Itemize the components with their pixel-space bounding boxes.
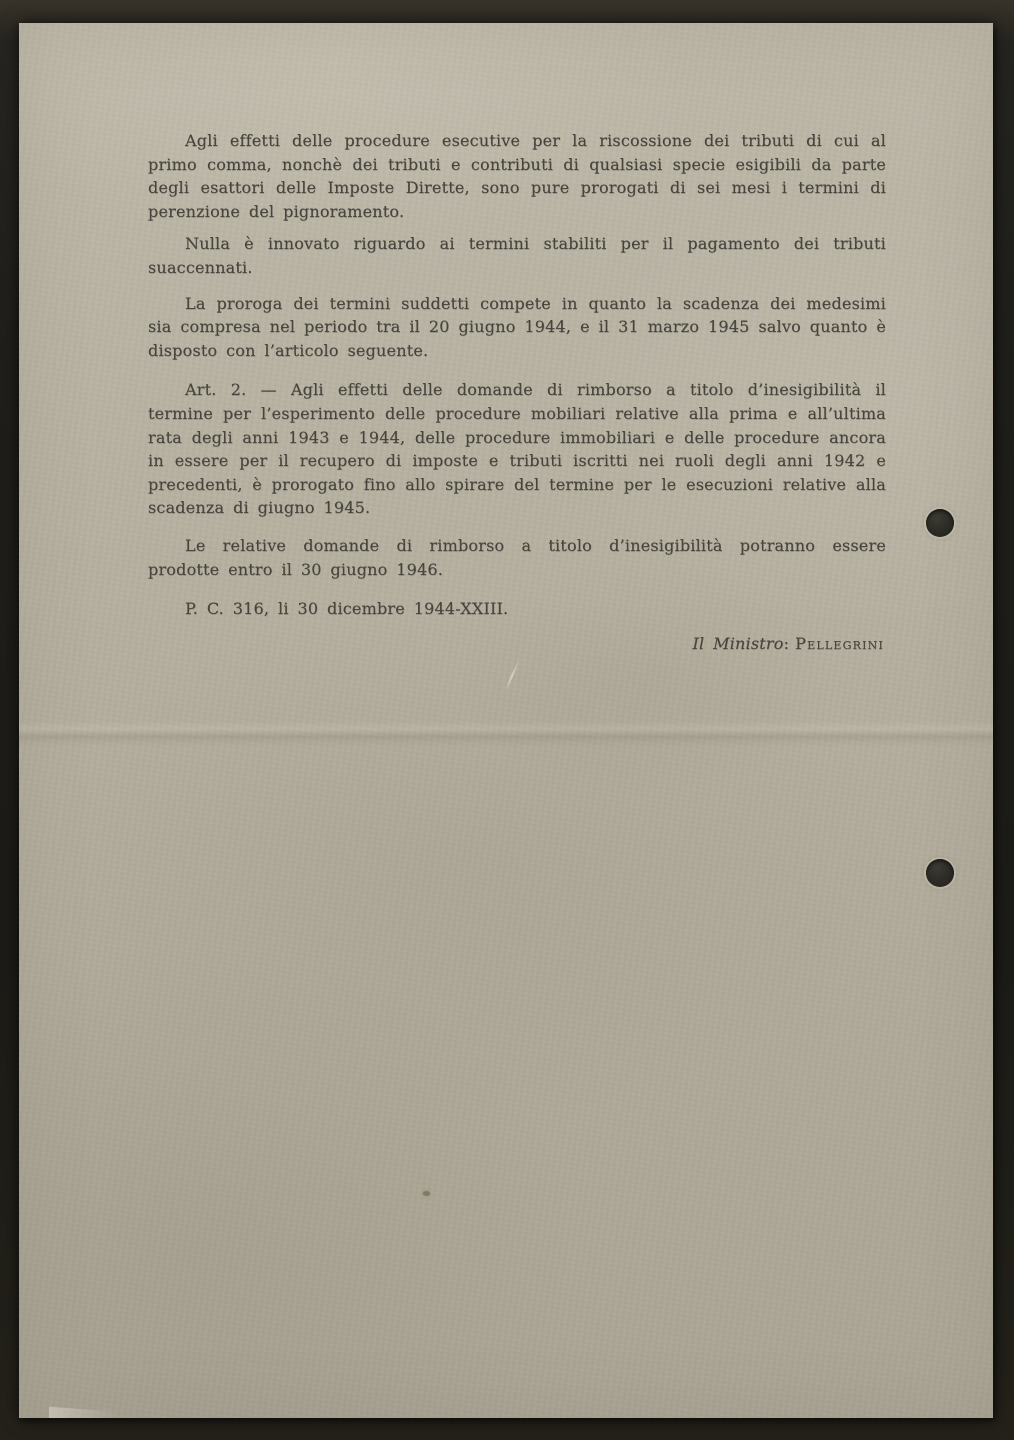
signature-line: Il Ministro:Pellegrini bbox=[148, 632, 886, 656]
paragraph: Nulla è innovato riguardo ai termini sta… bbox=[148, 232, 886, 279]
paper-edge-highlight bbox=[49, 1404, 149, 1418]
minister-name: Pellegrini bbox=[795, 634, 884, 653]
document-text: Agli effetti delle procedure esecutive p… bbox=[148, 129, 886, 655]
fold-crease bbox=[19, 721, 993, 747]
protocol-date-line: P. C. 316, li 30 dicembre 1944-XXIII. bbox=[148, 597, 886, 621]
paper-scratch bbox=[504, 660, 520, 692]
signature-separator: : bbox=[784, 634, 796, 653]
paragraph-article-2: Art. 2. — Agli effetti delle domande di … bbox=[148, 378, 886, 520]
punch-hole-bottom bbox=[926, 859, 954, 887]
scanner-background: Agli effetti delle procedure esecutive p… bbox=[0, 0, 1014, 1440]
punch-hole-top bbox=[926, 509, 954, 537]
paragraph: La proroga dei termini suddetti compete … bbox=[148, 292, 886, 363]
paper-stain bbox=[423, 1191, 430, 1196]
paragraph: Agli effetti delle procedure esecutive p… bbox=[148, 129, 886, 223]
paragraph: Le relative domande di rimborso a titolo… bbox=[148, 534, 886, 581]
minister-title: Il Ministro bbox=[692, 634, 783, 653]
document-page: Agli effetti delle procedure esecutive p… bbox=[19, 23, 993, 1418]
